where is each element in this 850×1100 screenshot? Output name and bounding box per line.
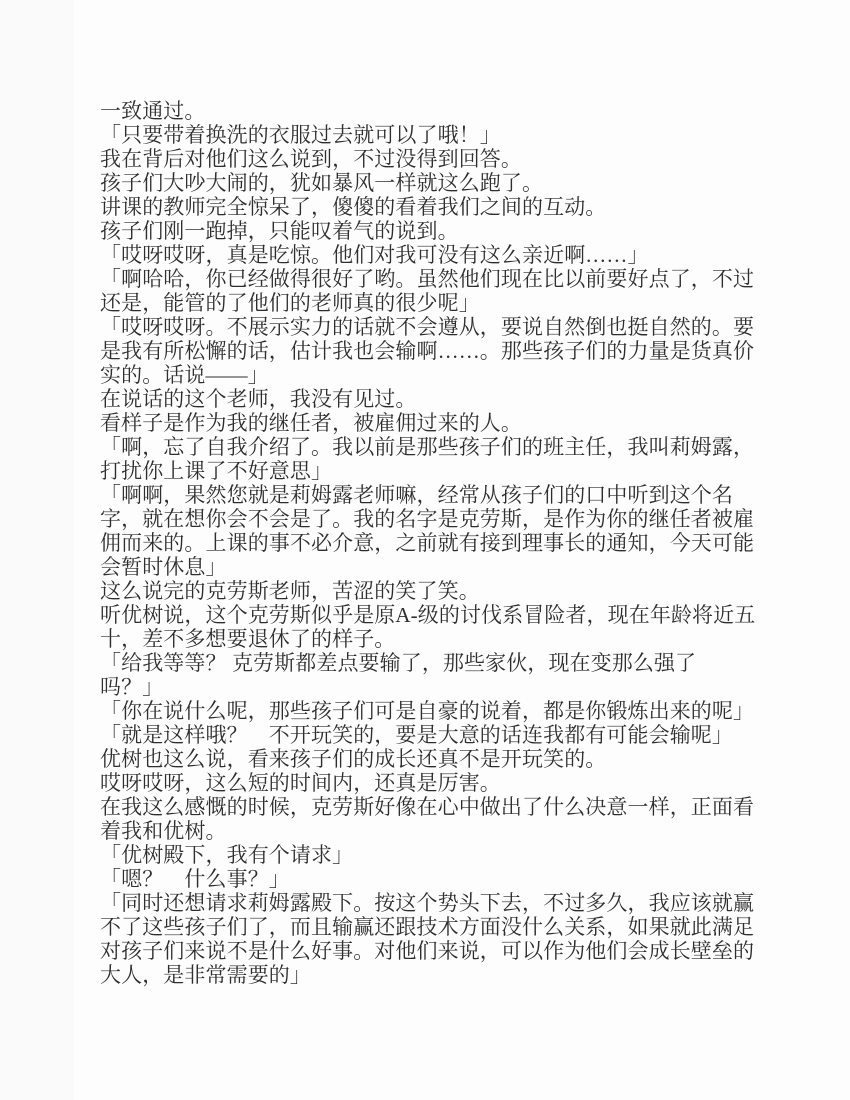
- text-line: 我在背后对他们这么说到，不过没得到回答。: [100, 147, 765, 171]
- text-line: 十，差不多想要退休了的样子。: [100, 627, 765, 651]
- text-line: 还是，能管的了他们的老师真的很少呢」: [100, 291, 765, 315]
- text-line: 看样子是作为我的继任者，被雇佣过来的人。: [100, 411, 765, 435]
- text-line: 「你在说什么呢，那些孩子们可是自豪的说着，都是你锻炼出来的呢」: [100, 699, 765, 723]
- text-line: 「嗯？ 什么事？」: [100, 867, 765, 891]
- text-line: 「就是这样哦？ 不开玩笑的，要是大意的话连我都有可能会输呢」: [100, 723, 765, 747]
- text-line: 「哎呀哎呀。不展示实力的话就不会遵从，要说自然倒也挺自然的。要: [100, 315, 765, 339]
- text-line: 哎呀哎呀，这么短的时间内，还真是厉害。: [100, 771, 765, 795]
- text-line: 吗？」: [100, 675, 765, 699]
- text-line: 打扰你上课了不好意思」: [100, 459, 765, 483]
- text-line: 「给我等等？ 克劳斯都差点要输了，那些家伙，现在变那么强了: [100, 651, 765, 675]
- text-line: 实的。话说——」: [100, 363, 765, 387]
- text-line: 大人，是非常需要的」: [100, 963, 765, 987]
- text-line: 不了这些孩子们了，而且输赢还跟技术方面没什么关系，如果就此满足: [100, 915, 765, 939]
- text-line: 「优树殿下，我有个请求」: [100, 843, 765, 867]
- text-line: 对孩子们来说不是什么好事。对他们来说，可以作为他们会成长壁垒的: [100, 939, 765, 963]
- text-line: 讲课的教师完全惊呆了，傻傻的看着我们之间的互动。: [100, 195, 765, 219]
- text-line: 优树也这么说，看来孩子们的成长还真不是开玩笑的。: [100, 747, 765, 771]
- text-line: 「啊，忘了自我介绍了。我以前是那些孩子们的班主任，我叫莉姆露，: [100, 435, 765, 459]
- text-line: 「哎呀哎呀，真是吃惊。他们对我可没有这么亲近啊……」: [100, 243, 765, 267]
- text-line: 会暂时休息」: [100, 555, 765, 579]
- text-line: 「啊啊，果然您就是莉姆露老师嘛，经常从孩子们的口中听到这个名: [100, 483, 765, 507]
- scan-left-margin-shade: [0, 0, 74, 1100]
- text-line: 孩子们大吵大闹的，犹如暴风一样就这么跑了。: [100, 171, 765, 195]
- text-line: 「同时还想请求莉姆露殿下。按这个势头下去，不过多久，我应该就赢: [100, 891, 765, 915]
- text-line: 字，就在想你会不会是了。我的名字是克劳斯，是作为你的继任者被雇: [100, 507, 765, 531]
- novel-scan-page: 一致通过。「只要带着换洗的衣服过去就可以了哦！」我在背后对他们这么说到，不过没得…: [0, 0, 850, 1100]
- novel-text-block: 一致通过。「只要带着换洗的衣服过去就可以了哦！」我在背后对他们这么说到，不过没得…: [100, 99, 765, 987]
- text-line: 佣而来的。上课的事不必介意，之前就有接到理事长的通知，今天可能: [100, 531, 765, 555]
- text-line: 「只要带着换洗的衣服过去就可以了哦！」: [100, 123, 765, 147]
- text-line: 在说话的这个老师，我没有见过。: [100, 387, 765, 411]
- text-line: 听优树说，这个克劳斯似乎是原A-级的讨伐系冒险者，现在年龄将近五: [100, 603, 765, 627]
- text-line: 「啊哈哈，你已经做得很好了哟。虽然他们现在比以前要好点了，不过: [100, 267, 765, 291]
- text-line: 这么说完的克劳斯老师，苦涩的笑了笑。: [100, 579, 765, 603]
- text-line: 一致通过。: [100, 99, 765, 123]
- text-line: 在我这么感慨的时候，克劳斯好像在心中做出了什么决意一样，正面看: [100, 795, 765, 819]
- text-line: 是我有所松懈的话，估计我也会输啊……。那些孩子们的力量是货真价: [100, 339, 765, 363]
- text-line: 着我和优树。: [100, 819, 765, 843]
- text-line: 孩子们刚一跑掉，只能叹着气的说到。: [100, 219, 765, 243]
